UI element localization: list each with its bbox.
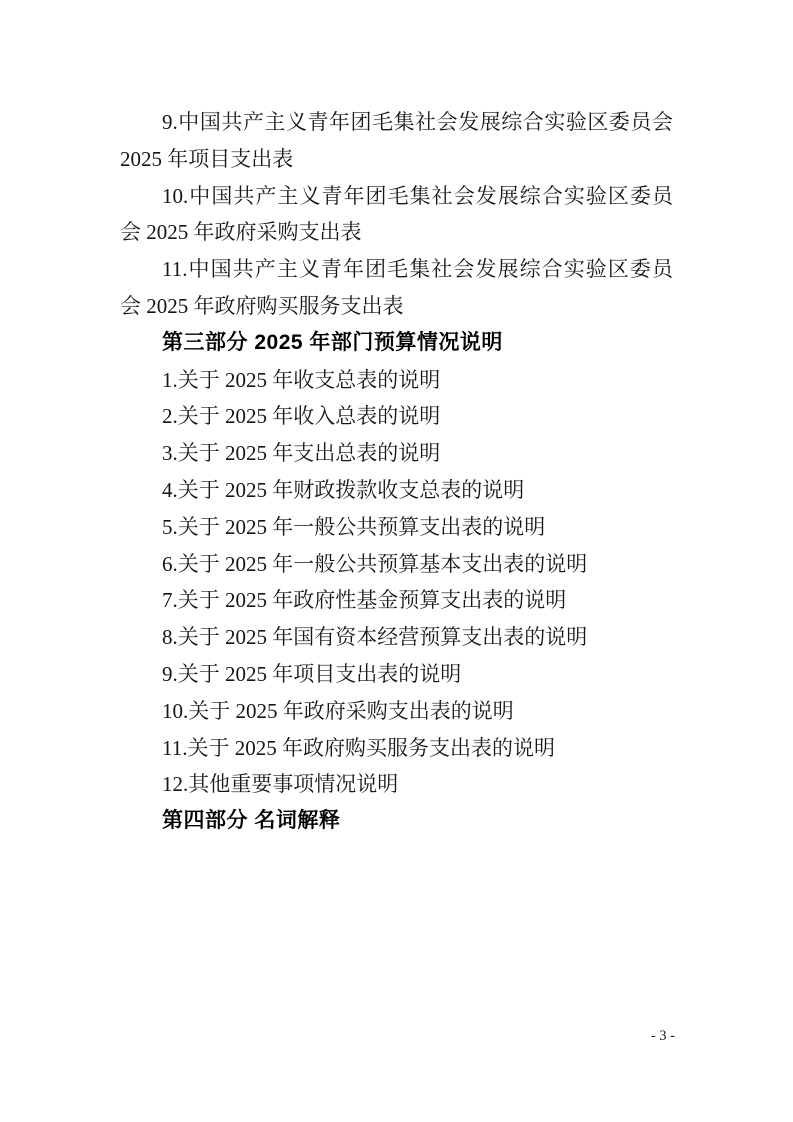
- toc-note-entry-10: 10.关于 2025 年政府采购支出表的说明: [120, 693, 673, 730]
- document-page: 9.中国共产主义青年团毛集社会发展综合实验区委员会 2025 年项目支出表 10…: [0, 0, 793, 1122]
- toc-entry-11-line2: 会 2025 年政府购买服务支出表: [120, 288, 673, 325]
- section-heading-part3: 第三部分 2025 年部门预算情况说明: [120, 325, 673, 362]
- toc-note-entry-4: 4.关于 2025 年财政拨款收支总表的说明: [120, 472, 673, 509]
- toc-note-entry-12: 12.其他重要事项情况说明: [120, 766, 673, 803]
- page-number: - 3 -: [651, 1027, 675, 1045]
- toc-entry-10-line2: 会 2025 年政府采购支出表: [120, 214, 673, 251]
- toc-note-entry-5: 5.关于 2025 年一般公共预算支出表的说明: [120, 509, 673, 546]
- toc-note-entry-9: 9.关于 2025 年项目支出表的说明: [120, 656, 673, 693]
- toc-content: 9.中国共产主义青年团毛集社会发展综合实验区委员会 2025 年项目支出表 10…: [120, 104, 673, 840]
- toc-entry-11-line1: 11.中国共产主义青年团毛集社会发展综合实验区委员: [120, 251, 673, 288]
- toc-note-entry-2: 2.关于 2025 年收入总表的说明: [120, 398, 673, 435]
- toc-note-entry-11: 11.关于 2025 年政府购买服务支出表的说明: [120, 730, 673, 767]
- toc-note-entry-1: 1.关于 2025 年收支总表的说明: [120, 362, 673, 399]
- toc-note-entry-6: 6.关于 2025 年一般公共预算基本支出表的说明: [120, 546, 673, 583]
- toc-entry-10-line1: 10.中国共产主义青年团毛集社会发展综合实验区委员: [120, 178, 673, 215]
- toc-note-entry-8: 8.关于 2025 年国有资本经营预算支出表的说明: [120, 619, 673, 656]
- section-heading-part4: 第四部分 名词解释: [120, 803, 673, 840]
- toc-note-entry-3: 3.关于 2025 年支出总表的说明: [120, 435, 673, 472]
- toc-entry-9-line2: 2025 年项目支出表: [120, 141, 673, 178]
- toc-note-entry-7: 7.关于 2025 年政府性基金预算支出表的说明: [120, 582, 673, 619]
- toc-entry-9-line1: 9.中国共产主义青年团毛集社会发展综合实验区委员会: [120, 104, 673, 141]
